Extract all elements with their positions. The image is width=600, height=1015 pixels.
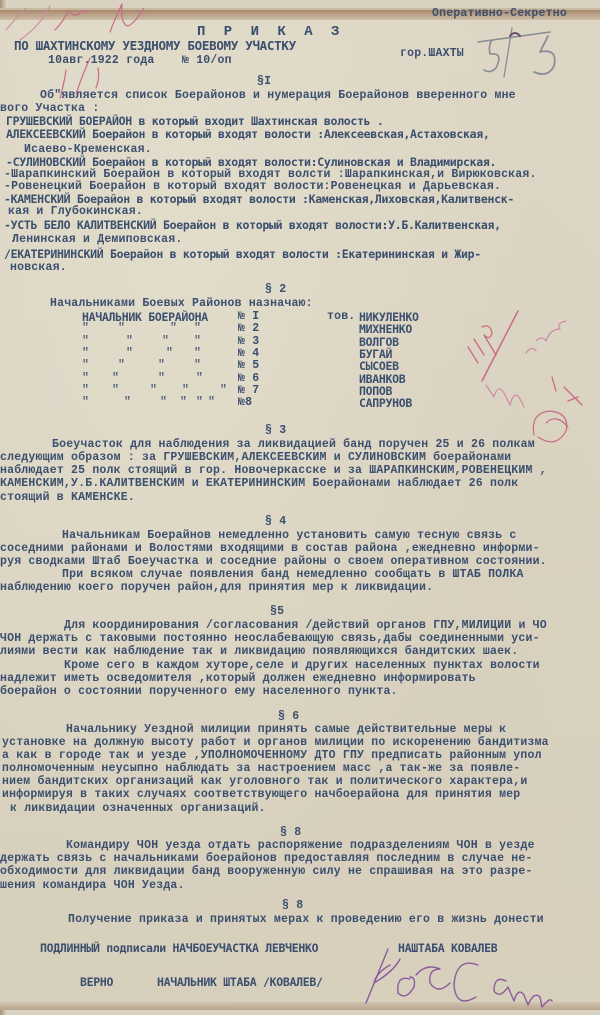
chief-of-staff-original: НАШТАБА КОВАЛЕВ xyxy=(398,942,497,954)
ditto-mark: " xyxy=(170,323,177,335)
ditto-mark: " xyxy=(82,397,89,409)
document-date: 10авг.1922 года xyxy=(48,55,155,67)
appointee-name: МИХНЕНКО xyxy=(359,323,412,335)
ditto-mark: " xyxy=(158,360,165,372)
appointee-name: САПРУНОВ xyxy=(359,397,412,409)
s3-line-3: наблюдает 25 полк стоящий в гор. Новочер… xyxy=(0,465,547,477)
s6-line-7: к ликвидации означенных организаций. xyxy=(10,803,266,815)
ditto-mark: " xyxy=(118,323,125,335)
city-label: гор.ШАХТЫ xyxy=(400,48,464,60)
ditto-mark: " xyxy=(220,385,227,397)
s6-line-3: а как в городе так и уезде ,УПОЛНОМОЧЕНН… xyxy=(2,750,542,762)
appointment-title-prefix: тов. xyxy=(327,311,355,323)
ditto-mark: " xyxy=(166,348,173,360)
ditto-mark: " xyxy=(82,348,89,360)
ditto-mark: " xyxy=(118,360,125,372)
ditto-mark: " xyxy=(112,385,119,397)
appointee-name: ВОЛГОВ xyxy=(359,336,399,348)
s3-line-1: Боеучасток для наблюдения за ликвидацией… xyxy=(52,439,535,451)
s3-line-2: следующим образом : за ГРУШЕВСКИМ,АЛЕКСЕ… xyxy=(0,452,511,464)
s7-line-1: Командиру ЧОН уезда отдать распоряжение … xyxy=(66,840,535,852)
ditto-mark: " xyxy=(182,385,189,397)
s5-line-1: Для координирования /согласования /дейст… xyxy=(64,620,547,632)
s5-line-5: надлежит иметь осведомителя ,который дол… xyxy=(0,673,476,685)
certified-label: ВЕРНО xyxy=(80,976,113,988)
s1-line-14: новская. xyxy=(10,262,67,274)
appointment-row-label: НАЧАЛЬНИК БОЕРАЙОНА xyxy=(82,311,208,323)
appointment-number: № 4 xyxy=(238,348,259,360)
section-1-heading: §I xyxy=(257,76,271,88)
s1-line-11: -УСТЬ БЕЛО КАЛИТВЕНСКИЙ Боерайон в котор… xyxy=(4,219,501,231)
s5-line-6: боерайон о состоянии порученного ему нас… xyxy=(0,686,398,698)
appointment-number: № 5 xyxy=(238,360,259,372)
s3-line-5: стоящий в КАМЕНСКЕ. xyxy=(0,492,135,504)
classification-stamp: Оперативно-Секретно xyxy=(432,8,567,20)
s7-line-3: обходимости для ликвидации банд вооружен… xyxy=(0,866,533,878)
section-6-heading: § 6 xyxy=(278,711,299,723)
s1-line-9: -КАМЕНСКИЙ Боерайон в который входят вол… xyxy=(4,193,514,205)
paper-bottom-edge xyxy=(0,1002,600,1010)
s7-line-2: держать связь с начальниками боерайонов … xyxy=(0,853,533,865)
appointee-name: НИКУЛЕНКО xyxy=(359,311,419,323)
section-3-heading: § 3 xyxy=(265,425,286,437)
s1-line-4: АЛЕКСЕЕВСКИЙ Боерайон в который входят в… xyxy=(6,128,490,140)
appointee-name: ИВАНКОВ xyxy=(359,373,405,385)
appointee-name: ПОПОВ xyxy=(359,385,392,397)
ditto-mark: " xyxy=(194,336,201,348)
ditto-mark: " xyxy=(162,336,169,348)
ditto-mark: " xyxy=(150,385,157,397)
appointment-number: №8 xyxy=(238,397,252,409)
s4-line-4: При всяком случае появления банд немедле… xyxy=(62,569,524,581)
s1-line-12: Ленинская и Демиповская. xyxy=(12,234,182,246)
s6-line-4: полномоченным неусыпно наблюдать за наст… xyxy=(2,763,520,775)
section-7-heading: § 8 xyxy=(280,827,301,839)
s2-intro: Начальниками Боевых Районов назначаю: xyxy=(50,298,313,310)
s4-line-2: соседними районами и Волостями входящими… xyxy=(0,543,540,555)
ditto-mark: " xyxy=(194,348,201,360)
s5-line-2: ЧОН держать с таковыми постоянно неослаб… xyxy=(0,633,540,645)
s1-line-6: -СУЛИНОВСКИЙ Боерайон в который входят в… xyxy=(6,156,496,168)
document-number: № 10/оп xyxy=(182,55,232,67)
ditto-mark: " xyxy=(126,348,133,360)
chief-of-staff-signature-line: НАЧАЛЬНИК ШТАБА /КОВАЛЕВ/ xyxy=(157,976,323,988)
appointment-number: № 3 xyxy=(238,336,259,348)
ditto-mark: " xyxy=(180,397,187,409)
section-2-heading: § 2 xyxy=(265,284,286,296)
ditto-mark: " xyxy=(208,397,215,409)
s7-line-4: шения командира ЧОН Уезда. xyxy=(0,880,185,892)
ditto-mark: " xyxy=(196,373,203,385)
s1-line-10: кая и Глубокинская. xyxy=(8,206,143,218)
section-8-heading: § 8 xyxy=(282,900,303,912)
appointment-number: № I xyxy=(238,311,259,323)
s1-line-13: /ЕКАТЕРИНИНСКИЙ Боерайон в который входя… xyxy=(4,248,481,260)
s8-line-1: Получение приказа и принятых мерах к про… xyxy=(68,914,544,926)
s6-line-6: информируя в таких случаях соответствующ… xyxy=(2,789,520,801)
s1-line-3: ГРУШЕВСКИЙ БОЕРАЙОН в который входит Шах… xyxy=(6,115,384,127)
s1-line-1: Об"является список Боерайонов и нумераци… xyxy=(40,90,516,102)
ditto-mark: " xyxy=(124,397,131,409)
s4-line-3: руя сводками Штаб Боеучастка и соседние … xyxy=(0,556,547,568)
s6-line-5: нием бандитских организаций как уголовно… xyxy=(2,776,527,788)
s4-line-5: наблюдению коего поручен район,для приня… xyxy=(0,582,433,594)
appointment-number: № 2 xyxy=(238,323,259,335)
appointment-number: № 6 xyxy=(238,373,259,385)
ditto-mark: " xyxy=(82,373,89,385)
appointment-number: № 7 xyxy=(238,385,259,397)
ditto-mark: " xyxy=(82,360,89,372)
appointee-name: СЫСОЕВ xyxy=(359,360,399,372)
section-5-heading: §5 xyxy=(270,606,284,618)
ditto-mark: " xyxy=(194,360,201,372)
ditto-mark: " xyxy=(160,397,167,409)
document-title: П Р И К А З xyxy=(197,26,344,38)
ditto-mark: " xyxy=(82,323,89,335)
s4-line-1: Начальникам Боерайнов немедленно установ… xyxy=(62,530,516,542)
ditto-mark: " xyxy=(82,385,89,397)
ditto-mark: " xyxy=(194,323,201,335)
s6-line-2: установке на должную высоту работ и орга… xyxy=(2,737,549,749)
s3-line-4: КАМЕНСКИМ,У.Б.КАЛИТВЕНСКИМ и ЕКАТЕРИНИНС… xyxy=(0,478,518,490)
ditto-mark: " xyxy=(126,336,133,348)
original-signatures-line: ПОДЛИННЫЙ подписали НАЧБОЕУЧАСТКА ЛЕВЧЕН… xyxy=(40,942,318,954)
issuer-line: ПО ШАХТИНСКОМУ УЕЗДНОМУ БОЕВОМУ УЧАСТКУ xyxy=(14,40,296,52)
s5-line-3: лиями вести как наблюдение так и ликвида… xyxy=(0,646,518,658)
ditto-mark: " xyxy=(112,373,119,385)
s6-line-1: Начальнику Уездной милиции принять самые… xyxy=(66,724,506,736)
ditto-mark: " xyxy=(196,397,203,409)
appointee-name: БУГАЙ xyxy=(359,348,392,360)
ditto-mark: " xyxy=(82,336,89,348)
section-4-heading: § 4 xyxy=(265,516,286,528)
s5-line-4: Кроме сего в каждом хуторе,селе и других… xyxy=(64,660,540,672)
ditto-mark: " xyxy=(158,373,165,385)
